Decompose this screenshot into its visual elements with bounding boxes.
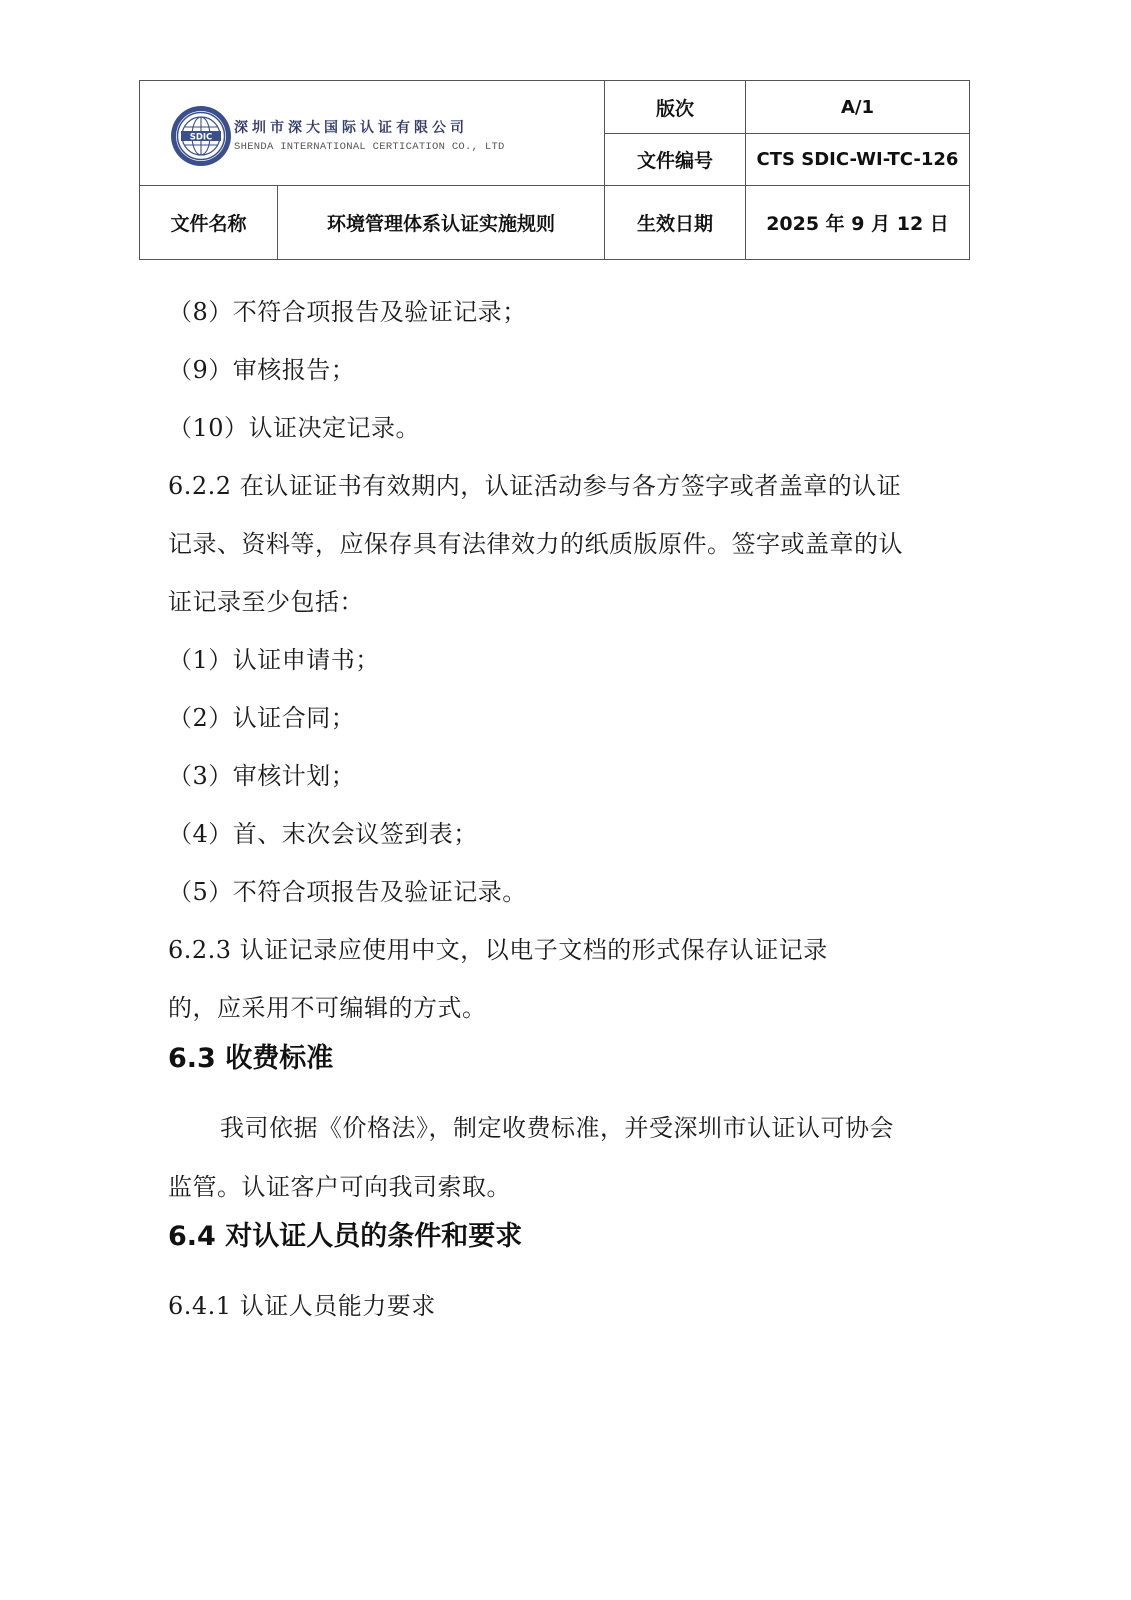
version-label: 版次 [605,81,746,134]
paragraph-6-2-3-line: 6.2.3 认证记录应使用中文，以电子文档的形式保存认证记录 [168,935,828,965]
paragraph-6-2-3-line: 的，应采用不可编辑的方式。 [168,993,487,1023]
list-item: （1）认证申请书； [168,645,380,675]
list-item: （10）认证决定记录。 [168,413,420,443]
paragraph-6-2-2-line: 6.2.2 在认证证书有效期内，认证活动参与各方签字或者盖章的认证 [168,471,901,501]
paragraph-6-3-line: 我司依据《价格法》，制定收费标准，并受深圳市认证认可协会 [220,1113,894,1143]
doc-name-label: 文件名称 [140,186,278,260]
list-item: （3）审核计划； [168,761,355,791]
list-item: （4）首、末次会议签到表； [168,819,478,849]
effective-date-value: 2025 年 9 月 12 日 [746,186,970,260]
svg-text:SDIC: SDIC [190,133,213,143]
section-heading-6-4: 6.4 对认证人员的条件和要求 [168,1220,522,1254]
paragraph-6-2-2-line: 证记录至少包括： [168,587,364,617]
doc-number-label: 文件编号 [605,134,746,186]
paragraph-6-3-line: 监管。认证客户可向我司索取。 [168,1172,511,1202]
paragraph-6-2-2-line: 记录、资料等，应保存具有法律效力的纸质版原件。签字或盖章的认 [168,529,903,559]
effective-date-label: 生效日期 [605,186,746,260]
company-name-block: 深圳市深大国际认证有限公司 SHENDA INTERNATIONAL CERTI… [234,117,505,153]
doc-name-value: 环境管理体系认证实施规则 [278,186,605,260]
subsection-6-4-1: 6.4.1 认证人员能力要求 [168,1291,436,1321]
company-name-cn: 深圳市深大国际认证有限公司 [234,117,505,137]
section-heading-6-3: 6.3 收费标准 [168,1042,333,1076]
company-name-en: SHENDA INTERNATIONAL CERTICATION CO., LT… [234,141,505,153]
list-item: （9）审核报告； [168,355,355,385]
sdic-globe-logo-icon: SDIC [170,105,232,167]
doc-number-value: CTS SDIC-WI-TC-126 [746,134,970,186]
list-item: （5）不符合项报告及验证记录。 [168,877,527,907]
list-item: （8）不符合项报告及验证记录； [168,297,527,327]
list-item: （2）认证合同； [168,703,355,733]
version-value: A/1 [746,81,970,134]
company-logo-cell: SDIC 深圳市深大国际认证有限公司 SHENDA INTERNATIONAL … [140,81,605,186]
document-header-table: SDIC 深圳市深大国际认证有限公司 SHENDA INTERNATIONAL … [139,80,970,260]
